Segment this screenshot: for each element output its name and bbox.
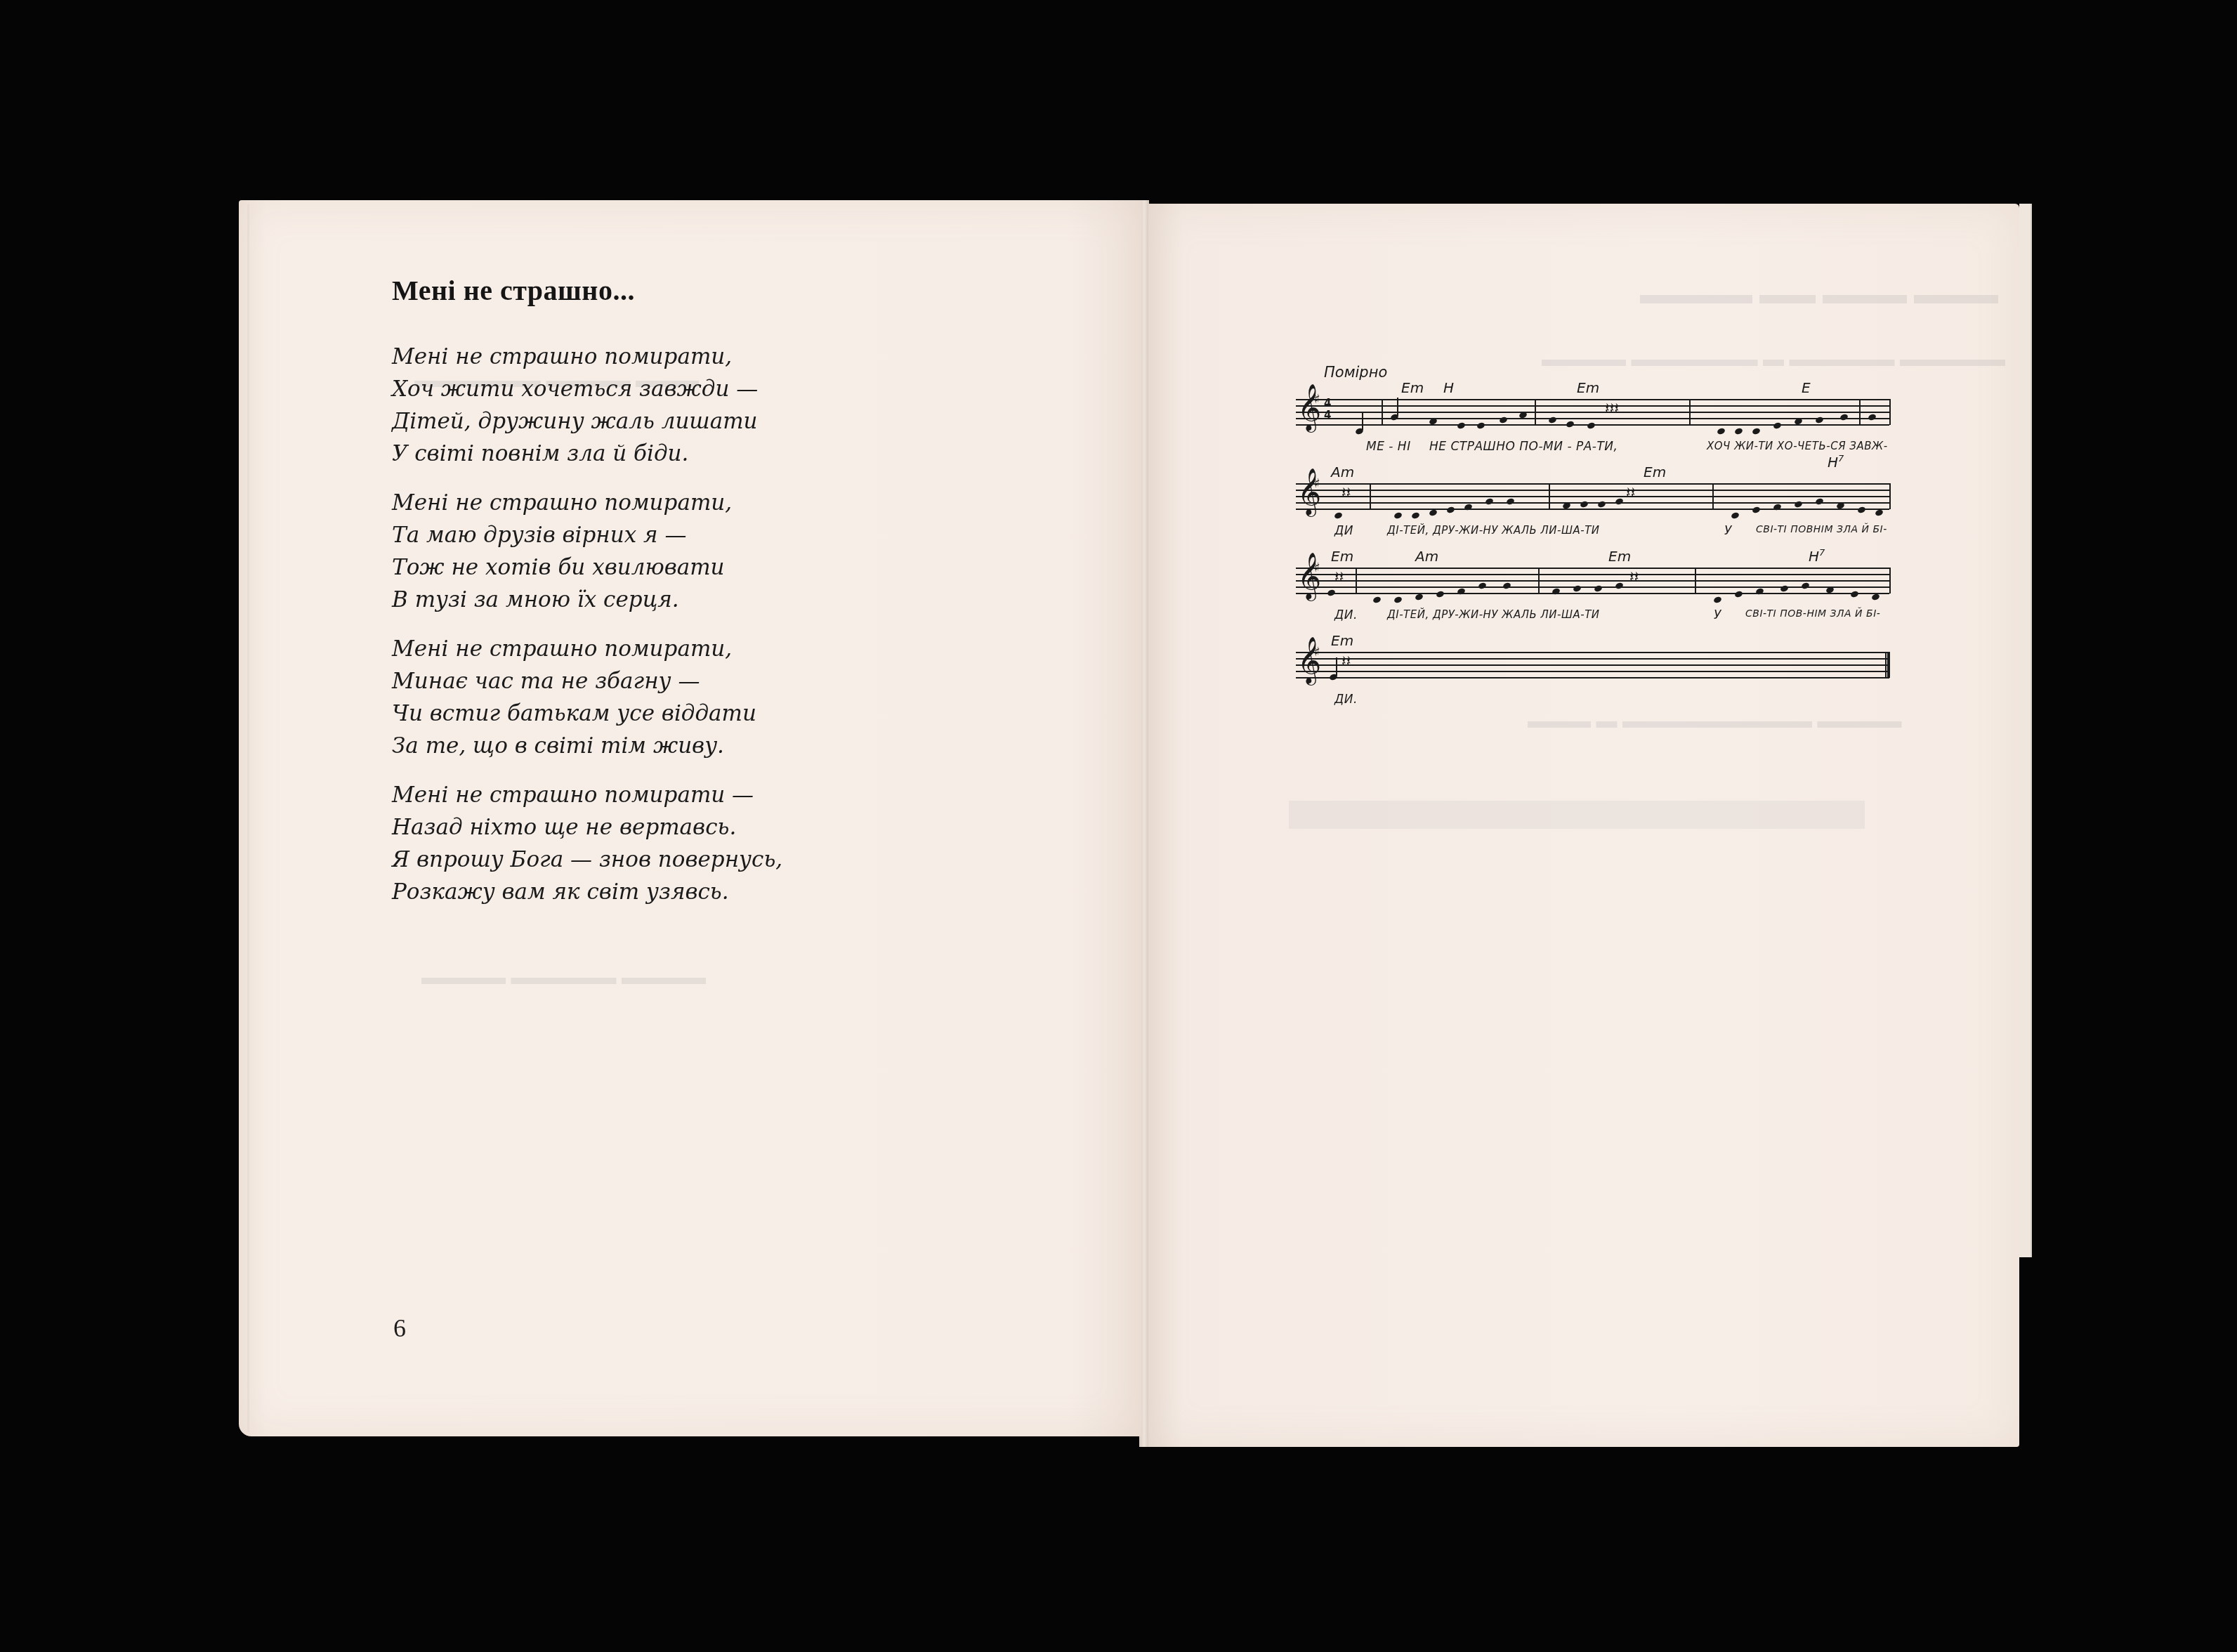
chord-symbol: Am — [1331, 464, 1354, 480]
verse-line: Мені не страшно помирати — — [392, 779, 782, 811]
music-system-3: Em Am Em H7 𝄞 ♯ 𝄽𝄽 𝄽𝄽 ДИ. ДІ-ТЕЙ, ДРУ-ЖИ… — [1296, 548, 1893, 625]
bleed-through-title: ▬▬▬ ▬▬▬ ▬▬ ▬▬▬▬ — [1640, 277, 1998, 310]
bleed-through-text: ▬▬▬▬▬ ▬▬▬▬▬ ▬ ▬▬▬▬▬▬ ▬▬▬▬ — [1542, 348, 2005, 372]
lyric: МЕ - НІ — [1366, 440, 1411, 454]
stanza-1: Мені не страшно помирати, Хоч жити хочет… — [392, 341, 758, 470]
lyric: У — [1724, 524, 1732, 538]
key-signature: ♯ — [1314, 392, 1320, 407]
lyric: ХОЧ ЖИ-ТИ ХО-ЧЕТЬ-СЯ ЗАВЖ- — [1707, 440, 1888, 452]
verse-line: У світі повнім зла й біди. — [392, 438, 758, 470]
lyric: ДИ. — [1334, 608, 1358, 622]
verse-line: Тож не хотів би хвилювати — [392, 551, 732, 584]
chord-symbol: Em — [1401, 379, 1424, 396]
final-barline — [1885, 652, 1890, 678]
lyric: ДИ — [1334, 524, 1353, 538]
verse-line: Хоч жити хочеться завжди — — [392, 373, 758, 405]
verse-line: Розкажу вам як світ узявсь. — [392, 876, 782, 908]
verse-line: Минає час та не збагну — — [392, 665, 756, 697]
stanza-3: Мені не страшно помирати, Минає час та н… — [392, 633, 756, 762]
left-page: ▬▬▬ ▬▬▬▬ ▬▬▬▬▬▬ ▬▬▬▬ ▬▬▬▬▬ ▬▬▬▬ Мені не … — [239, 200, 1141, 1436]
chord-symbol: Am — [1415, 548, 1438, 565]
chord-symbol: Em — [1644, 464, 1666, 480]
verse-line: Я впрошу Бога — знов повернусь, — [392, 844, 782, 876]
music-system-2: Am Em H7 𝄞 ♯ 𝄽𝄽 𝄽𝄽 ДИ ДІ-ТЕЙ, ДРУ-ЖИ-НУ … — [1296, 464, 1893, 541]
verse-line: В тузі за мною їх серця. — [392, 584, 732, 616]
time-signature: 44 — [1324, 398, 1331, 421]
chord-symbol: E — [1802, 379, 1811, 396]
lyric: СВІ-ТІ ПОВНІМ ЗЛА Й БІ- — [1756, 524, 1887, 535]
lyric: СВІ-ТІ ПОВ-НІМ ЗЛА Й БІ- — [1745, 608, 1880, 619]
key-signature: ♯ — [1314, 645, 1320, 660]
chord-symbol: Em — [1577, 379, 1599, 396]
tempo-marking: Помірно — [1324, 364, 1387, 381]
music-system-1: Em H Em E 𝄞 ♯ 44 𝄽𝄽𝄽 МЕ - НІ НЕ СТРАШНО … — [1296, 379, 1893, 457]
verse-line: Назад ніхто ще не вертавсь. — [392, 811, 782, 844]
page-number: 6 — [393, 1313, 406, 1343]
lyric: У — [1714, 608, 1721, 622]
verse-line: Чи встиг батькам усе віддати — [392, 697, 756, 730]
verse-line: Дітей, дружину жаль лишати — [392, 405, 758, 438]
bleed-through-text: ▬▬▬▬ ▬▬▬▬▬ ▬▬▬▬ — [421, 966, 706, 990]
verse-line: За те, що в світі тім живу. — [392, 730, 756, 762]
music-system-4: Em 𝄞 ♯ 𝄽𝄽 ДИ. — [1296, 632, 1893, 709]
verse-line: Мені не страшно помирати, — [392, 487, 732, 519]
key-signature: ♯ — [1314, 476, 1320, 491]
stanza-4: Мені не страшно помирати — Назад ніхто щ… — [392, 779, 782, 908]
chord-symbol: H7 — [1828, 454, 1844, 471]
page-edge — [2019, 204, 2032, 1257]
lyric: ДІ-ТЕЙ, ДРУ-ЖИ-НУ ЖАЛЬ ЛИ-ША-ТИ — [1387, 524, 1600, 537]
staff — [1296, 652, 1889, 678]
lyric: ДИ. — [1334, 693, 1358, 707]
bleed-through-staff — [1289, 801, 1865, 829]
stanza-2: Мені не страшно помирати, Та маю друзів … — [392, 487, 732, 616]
staff — [1296, 568, 1889, 594]
verse-line: Мені не страшно помирати, — [392, 633, 756, 665]
verse-line: Мені не страшно помирати, — [392, 341, 758, 373]
verse-line: Та маю друзів вірних я — — [392, 519, 732, 551]
chord-symbol: H7 — [1809, 548, 1825, 565]
chord-symbol: Em — [1331, 632, 1353, 649]
chord-symbol: Em — [1331, 548, 1353, 565]
poem-title: Мені не страшно... — [392, 274, 635, 307]
chord-symbol: H — [1443, 379, 1454, 396]
key-signature: ♯ — [1314, 560, 1320, 575]
chord-symbol: Em — [1608, 548, 1631, 565]
lyric: НЕ СТРАШНО ПО-МИ - РА-ТИ, — [1429, 440, 1618, 454]
bleed-through-text: ▬▬▬▬ ▬▬▬▬▬▬▬▬▬ ▬ ▬▬▬ — [1528, 709, 1902, 733]
lyric: ДІ-ТЕЙ, ДРУ-ЖИ-НУ ЖАЛЬ ЛИ-ША-ТИ — [1387, 608, 1600, 621]
